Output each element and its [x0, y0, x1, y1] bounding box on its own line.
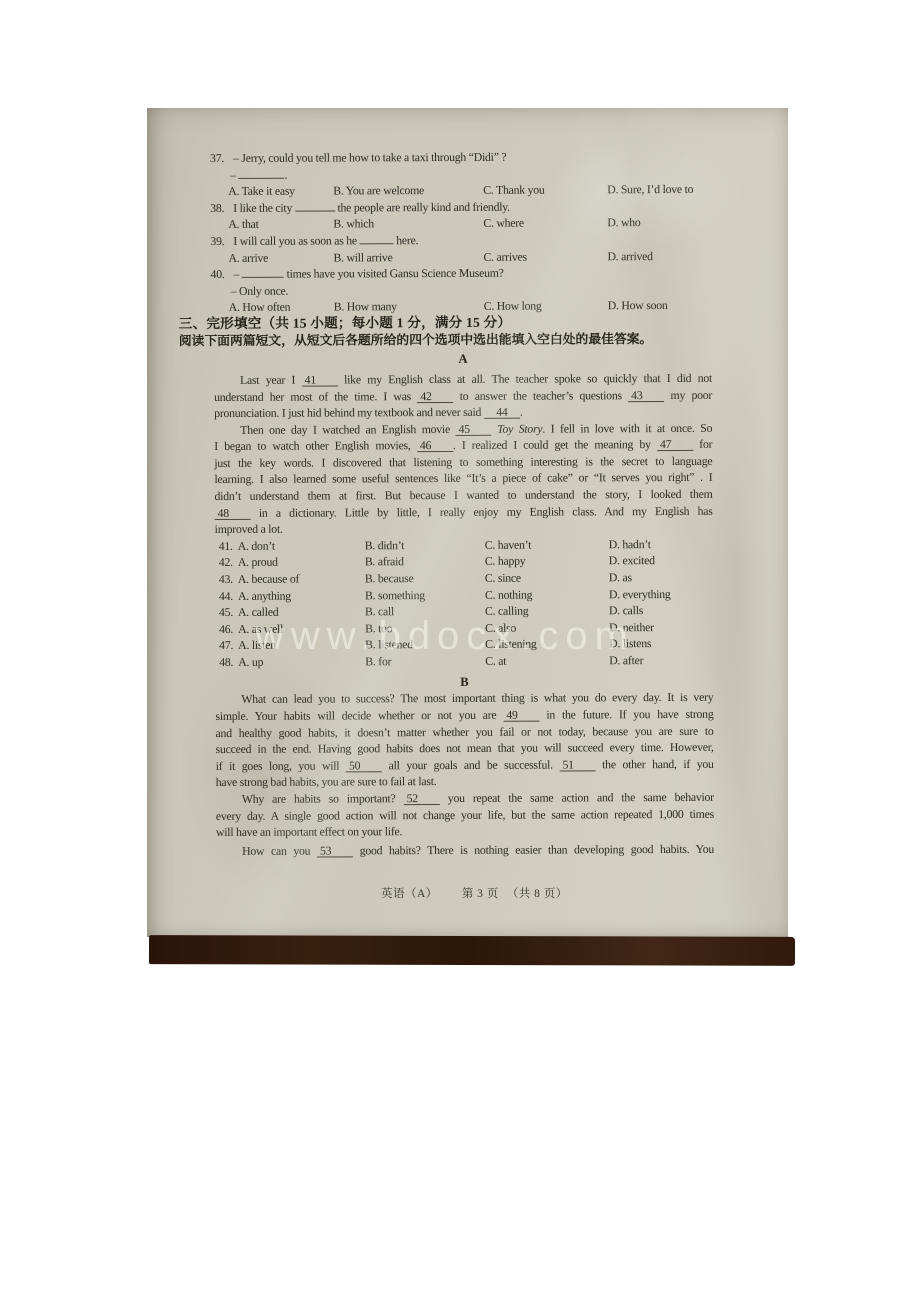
- option-d: D. who: [607, 215, 640, 232]
- option-c: C. listening: [485, 636, 536, 653]
- line-text: learning. I also learned some useful sen…: [214, 470, 712, 486]
- option-a: A. as well: [238, 621, 283, 638]
- line-text: 48 in a dictionary. Little by little, I …: [215, 503, 713, 519]
- option-c: C. haven’t: [485, 536, 532, 553]
- line-text: How can you 53 good habits? There is not…: [242, 842, 714, 858]
- item-number: 46.: [219, 621, 233, 638]
- passage-line: How can you 53 good habits? There is not…: [216, 841, 714, 860]
- exam-content: 37.– Jerry, could you tell me how to tak…: [213, 148, 714, 859]
- exam-paper-photo: 37.– Jerry, could you tell me how to tak…: [147, 108, 788, 937]
- italic-title: Toy Story: [497, 421, 542, 435]
- line-text: Why are habits so important? 52 you repe…: [242, 790, 714, 806]
- line-text: Then one day I watched an English movie …: [240, 421, 712, 437]
- option-d: D. neither: [609, 619, 654, 636]
- option-b: B. because: [365, 570, 414, 587]
- option-b: B. which: [333, 216, 374, 233]
- line-text: understand her most of the time. I was 4…: [214, 387, 712, 403]
- line-text: – Jerry, could you tell me how to take a…: [233, 148, 711, 167]
- option-a: A. up: [238, 654, 263, 671]
- blank-44: 44: [484, 407, 520, 419]
- option-b: B. something: [365, 587, 425, 604]
- option-d: D. Sure, I’d love to: [607, 181, 693, 198]
- option-a: A. Take it easy: [228, 183, 295, 200]
- blank-51: 51: [559, 759, 595, 771]
- option-a: A. listen: [238, 637, 276, 654]
- footer-page-number: 第 3 页: [462, 885, 499, 901]
- line-text: have strong bad habits, you are sure to …: [216, 774, 437, 789]
- option-d: D. arrived: [607, 248, 652, 265]
- line-text: succeed in the end. Having good habits d…: [216, 740, 714, 756]
- option-c: C. calling: [485, 603, 528, 620]
- blank-42: 42: [417, 390, 453, 402]
- line-text: improved a lot.: [215, 522, 283, 536]
- blank-52: 52: [404, 793, 440, 805]
- desk-edge: [149, 935, 795, 966]
- blank-47: 47: [657, 439, 693, 451]
- option-a: A. proud: [238, 554, 278, 571]
- option-c: C. nothing: [485, 586, 532, 603]
- item-number: 42.: [219, 554, 233, 571]
- option-c: C. where: [483, 215, 524, 232]
- line-text: What can lead you to success? The most i…: [241, 690, 713, 706]
- blank-50: 50: [346, 760, 382, 772]
- option-b: B. You are welcome: [333, 182, 424, 199]
- option-b: B. How many: [334, 299, 397, 316]
- line-text: and healthy good habits, it doesn’t matt…: [216, 723, 714, 739]
- option-b: B. didn’t: [365, 537, 405, 554]
- footer-exam-label: 英语（A）: [381, 885, 438, 901]
- line-text: I began to watch other English movies, 4…: [214, 437, 712, 453]
- item-number: 40.: [211, 266, 225, 283]
- option-a: A. How often: [229, 299, 291, 316]
- line-text: will have an important effect on your li…: [216, 824, 402, 839]
- numbered-options-row: 48.A. upB. forC. atD. after: [215, 652, 713, 671]
- option-c: C. How long: [484, 298, 542, 315]
- blank: [242, 266, 284, 278]
- item-number: 38.: [210, 200, 224, 217]
- option-c: C. also: [485, 619, 516, 636]
- option-b: B. call: [365, 603, 394, 620]
- blank-53: 53: [317, 845, 353, 857]
- blank-48: 48: [215, 507, 251, 519]
- item-number: 41.: [219, 538, 233, 555]
- footer-page-info: 第 3 页 （共 8 页）: [462, 885, 568, 901]
- option-d: D. excited: [609, 553, 655, 570]
- blank-43: 43: [628, 390, 664, 402]
- option-c: C. since: [485, 570, 521, 587]
- line-text: – times have you visited Gansu Science M…: [234, 264, 712, 283]
- option-a: A. don’t: [238, 538, 275, 555]
- line-text: if it goes long, you will 50 all your go…: [216, 757, 714, 773]
- option-c: C. happy: [485, 553, 526, 570]
- line-text: I will call you as soon as he here.: [233, 231, 711, 250]
- blank-45: 45: [456, 423, 492, 435]
- option-b: B. for: [365, 653, 391, 670]
- line-text: simple. Your habits will decide whether …: [215, 707, 713, 723]
- blank: [238, 166, 284, 178]
- passage-line: will have an important effect on your li…: [216, 822, 714, 841]
- option-b: B. afraid: [365, 554, 404, 571]
- blank-41: 41: [302, 374, 338, 386]
- blank: [295, 199, 335, 211]
- option-b: B. listened: [365, 637, 413, 654]
- line-text: pronunciation. I just hid behind my text…: [214, 405, 522, 420]
- option-d: D. as: [609, 569, 632, 586]
- option-d: D. after: [609, 652, 643, 669]
- item-number: 43.: [219, 571, 233, 588]
- blank-49: 49: [503, 710, 539, 722]
- line-text: just the key words. I discovered that li…: [214, 454, 712, 470]
- option-a: A. called: [238, 604, 278, 621]
- option-d: D. calls: [609, 602, 643, 619]
- option-b: B. will arrive: [333, 249, 392, 266]
- option-c: C. arrives: [483, 248, 526, 265]
- line-text: every day. A single good action will not…: [216, 806, 714, 822]
- item-number: 47.: [219, 637, 233, 654]
- option-d: D. How soon: [608, 297, 668, 314]
- option-d: D. hadn’t: [609, 536, 651, 553]
- blank: [360, 232, 394, 244]
- option-a: A. arrive: [228, 249, 268, 266]
- line-text: I like the city the people are really ki…: [233, 198, 711, 217]
- passage-label: A: [214, 350, 712, 369]
- item-number: 44.: [219, 588, 233, 605]
- line-text: Last year I 41 like my English class at …: [240, 371, 712, 387]
- item-number: 45.: [219, 604, 233, 621]
- footer-page-total: （共 8 页）: [507, 885, 568, 901]
- option-d: D. everything: [609, 586, 671, 603]
- option-a: A. that: [228, 216, 258, 233]
- option-a: A. because of: [238, 571, 299, 588]
- option-c: C. Thank you: [483, 182, 544, 199]
- page-footer: 英语（A） 第 3 页 （共 8 页）: [381, 885, 568, 901]
- item-number: 48.: [219, 654, 233, 671]
- line-text: – .: [230, 167, 287, 181]
- line-text: didn’t understand them at first. But bec…: [214, 487, 712, 503]
- option-a: A. anything: [238, 587, 291, 604]
- line-text: – Only once.: [231, 283, 289, 297]
- option-c: C. at: [485, 653, 506, 670]
- option-d: D. listens: [609, 635, 651, 652]
- option-b: B. too: [365, 620, 392, 637]
- item-number: 39.: [210, 233, 224, 250]
- item-number: 37.: [210, 150, 224, 167]
- section-instructions: 阅读下面两篇短文，从短文后各题所给的四个选项中选出能填入空白处的最佳答案。: [179, 330, 712, 349]
- blank-46: 46: [417, 440, 453, 452]
